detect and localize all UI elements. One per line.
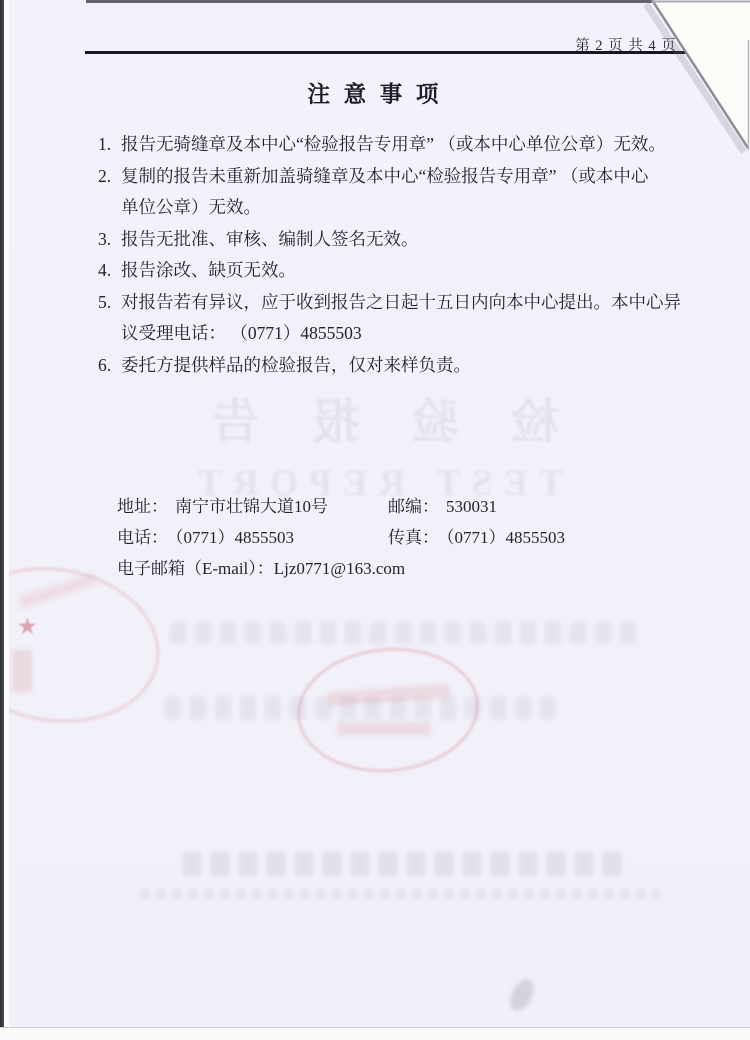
contact-fax: 传真：（0771）4855503	[388, 522, 682, 553]
notice-text-line: 委托方提供样品的检验报告，仅对来样负责。	[121, 350, 683, 382]
notice-text-line: 报告无批准、审核、编制人签名无效。	[121, 224, 683, 256]
notice-number: 1.	[98, 129, 121, 161]
page-title: 注 意 事 项	[0, 77, 750, 109]
phone-value: （0771）4855503	[175, 528, 294, 547]
notice-item: 1. 报告无骑缝章及本中心“检验报告专用章” （或本中心单位公章）无效。	[98, 129, 683, 161]
notice-text-line: 复制的报告未重新加盖骑缝章及本中心“检验报告专用章” （或本中心	[121, 161, 683, 193]
notice-item: 2. 复制的报告未重新加盖骑缝章及本中心“检验报告专用章” （或本中心 单位公章…	[98, 161, 683, 224]
fax-value: （0771）4855503	[446, 528, 565, 547]
notice-text-line: 报告涂改、缺页无效。	[121, 255, 683, 287]
contact-block: 地址：南宁市壮锦大道10号 邮编：530031 电话：（0771）4855503…	[117, 491, 682, 584]
notice-text-line: 对报告若有异议，应于收到报告之日起十五日内向本中心提出。本中心异	[121, 287, 683, 319]
address-label: 地址：	[117, 497, 168, 516]
email-label: 电子邮箱（E-mail）：	[117, 559, 274, 578]
notice-number: 3.	[98, 224, 121, 256]
notice-number: 5.	[98, 287, 121, 350]
notice-text-line: 议受理电话： （0771）4855503	[121, 318, 683, 350]
notice-item: 5. 对报告若有异议，应于收到报告之日起十五日内向本中心提出。本中心异 议受理电…	[98, 287, 683, 350]
contact-phone: 电话：（0771）4855503	[117, 522, 388, 553]
email-value: Ljz0771@163.com	[274, 559, 405, 578]
notice-number: 6.	[98, 350, 121, 382]
notice-number: 2.	[98, 161, 121, 224]
notice-item: 3. 报告无批准、审核、编制人签名无效。	[98, 224, 683, 256]
notice-item: 4. 报告涂改、缺页无效。	[98, 255, 683, 287]
contact-email: 电子邮箱（E-mail）：Ljz0771@163.com	[117, 553, 405, 584]
postcode-value: 530031	[446, 497, 497, 516]
page-content: 第 2 页 共 4 页 注 意 事 项 1. 报告无骑缝章及本中心“检验报告专用…	[0, 0, 750, 1040]
notice-item: 6. 委托方提供样品的检验报告，仅对来样负责。	[98, 350, 683, 382]
notice-text-line: 单位公章）无效。	[121, 192, 683, 224]
postcode-label: 邮编：	[388, 497, 439, 516]
scanned-document-page: 检 验 报 告 TEST REPORT ★ 第 2 页 共 4 页 注 意 事 …	[0, 0, 750, 1040]
notice-number: 4.	[98, 255, 121, 287]
phone-label: 电话：	[117, 528, 168, 547]
header-rule	[85, 51, 692, 54]
contact-address: 地址：南宁市壮锦大道10号	[117, 491, 388, 522]
notice-list: 1. 报告无骑缝章及本中心“检验报告专用章” （或本中心单位公章）无效。 2. …	[98, 129, 683, 381]
contact-postcode: 邮编：530031	[388, 491, 682, 522]
address-value: 南宁市壮锦大道10号	[175, 497, 328, 516]
notice-text-line: 报告无骑缝章及本中心“检验报告专用章” （或本中心单位公章）无效。	[121, 129, 683, 161]
fax-label: 传真：	[388, 528, 439, 547]
